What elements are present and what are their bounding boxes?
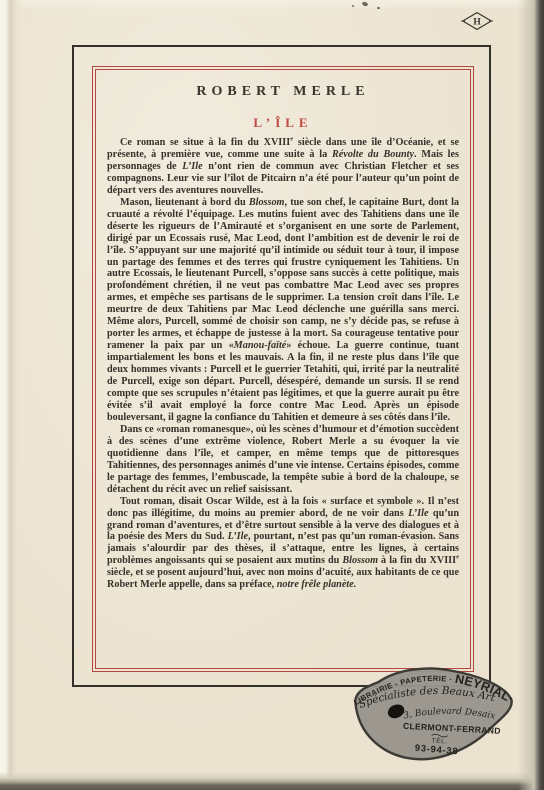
author-name: ROBERT MERLE [96,84,470,100]
body-paragraph: Dans ce «roman romanesque», où les scène… [107,424,459,496]
red-inner-frame: ROBERT MERLE L’ÎLE Ce roman se situe à l… [95,69,471,669]
book-title: L’ÎLE [96,115,470,131]
ink-speck [361,1,368,7]
ink-speck [352,5,354,7]
body-paragraph: Tout roman, disait Oscar Wilde, est à la… [107,496,459,592]
book-back-cover: H ROBERT MERLE L’ÎLE Ce roman se situe à… [0,0,544,790]
body-paragraph: Mason, lieutenant à bord du Blossom, tue… [107,197,459,424]
ink-speck [377,7,380,9]
red-double-frame: ROBERT MERLE L’ÎLE Ce roman se situe à l… [92,66,474,672]
publisher-letter: H [473,17,481,28]
outer-black-frame: ROBERT MERLE L’ÎLE Ce roman se situe à l… [72,45,491,687]
publisher-diamond-logo: H [461,11,493,31]
body-paragraph: Ce roman se situe à la fin du XVIIIe siè… [107,137,459,197]
body-text: Ce roman se situe à la fin du XVIIIe siè… [107,137,459,591]
bookseller-stamp: LIBRAIRIE - PAPETERIE · NEYRIAL· Spécial… [347,665,521,768]
